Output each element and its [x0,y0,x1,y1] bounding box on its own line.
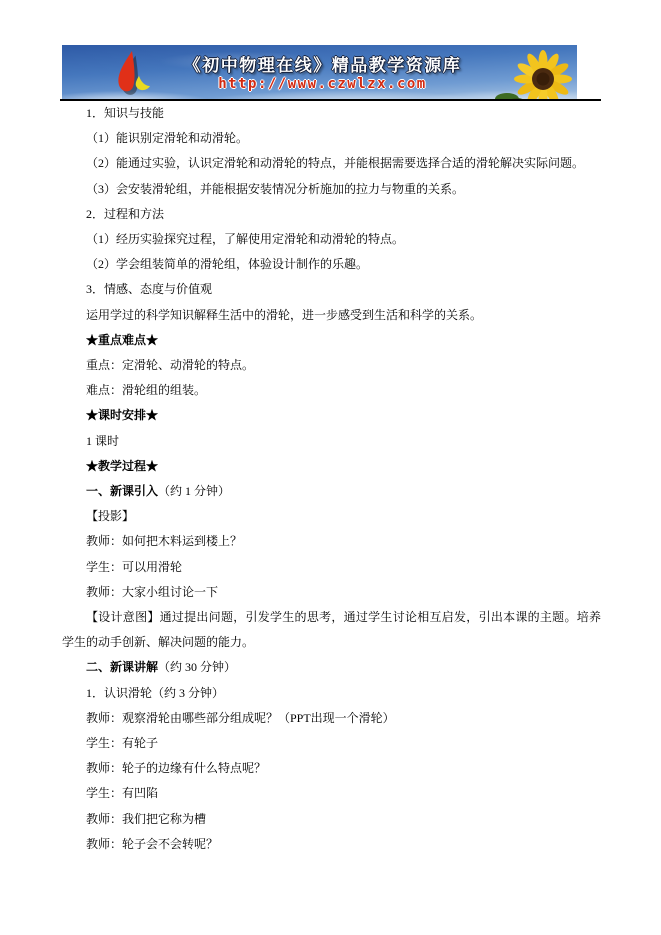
paragraph-text: 学生：有凹陷 [86,786,158,800]
paragraph: 学生：可以用滑轮 [62,555,601,580]
document-body: 1．知识与技能（1）能识别定滑轮和动滑轮。（2）能通过实验，认识定滑轮和动滑轮的… [62,101,601,857]
paragraph: 1 课时 [62,429,601,454]
paragraph: 学生：有凹陷 [62,781,601,806]
paragraph: ★重点难点★ [62,328,601,353]
paragraph: （2）学会组装简单的滑轮组，体验设计制作的乐趣。 [62,252,601,277]
paragraph-text: 1．认识滑轮（约 3 分钟） [86,686,224,700]
paragraph: 一、新课引入（约 1 分钟） [62,479,601,504]
document-page: 《初中物理在线》精品教学资源库 http://www.czwlzx.com [0,0,661,935]
paragraph-text: 重点：定滑轮、动滑轮的特点。 [86,358,254,372]
heading-text: ★教学过程★ [86,459,158,473]
paragraph-text: 学生：可以用滑轮 [86,560,182,574]
paragraph: 教师：轮子会不会转呢？ [62,832,601,857]
paragraph: 3．情感、态度与价值观 [62,277,601,302]
heading-text: ★课时安排★ [86,408,158,422]
paragraph: 1．知识与技能 [62,101,601,126]
banner-text-block: 《初中物理在线》精品教学资源库 http://www.czwlzx.com [154,45,491,99]
paragraph-text: （约 1 分钟） [158,484,230,498]
paragraph-text: 1．知识与技能 [86,106,164,120]
paragraph-text: 运用学过的科学知识解释生活中的滑轮，进一步感受到生活和科学的关系。 [86,308,482,322]
flame-logo-icon [108,49,154,95]
paragraph-text: 2．过程和方法 [86,207,164,221]
paragraph-text: 教师：大家小组讨论一下 [86,585,218,599]
paragraph: 【设计意图】通过提出问题，引发学生的思考，通过学生讨论相互启发，引出本课的主题。… [62,605,601,655]
paragraph-text: 【投影】 [86,509,134,523]
paragraph: 教师：大家小组讨论一下 [62,580,601,605]
paragraph-text: 教师：如何把木料运到楼上？ [86,534,242,548]
paragraph-text: （约 30 分钟） [158,660,236,674]
paragraph-text: （2）学会组装简单的滑轮组，体验设计制作的乐趣。 [86,257,368,271]
paragraph-text: 学生：有轮子 [86,736,158,750]
paragraph: （3）会安装滑轮组，并能根据安装情况分析施加的拉力与物重的关系。 [62,177,601,202]
paragraph: 教师：如何把木料运到楼上？ [62,529,601,554]
paragraph-text: （1）经历实验探究过程，了解使用定滑轮和动滑轮的特点。 [86,232,404,246]
paragraph-text: （1）能识别定滑轮和动滑轮。 [86,131,248,145]
paragraph: 【投影】 [62,504,601,529]
paragraph: 教师：我们把它称为槽 [62,807,601,832]
paragraph: 难点：滑轮组的组装。 [62,378,601,403]
paragraph-text: 教师：我们把它称为槽 [86,812,206,826]
paragraph: 二、新课讲解（约 30 分钟） [62,655,601,680]
paragraph-text: 1 课时 [86,434,119,448]
paragraph: 教师：轮子的边缘有什么特点呢？ [62,756,601,781]
paragraph: 教师：观察滑轮由哪些部分组成呢？（PPT出现一个滑轮） [62,706,601,731]
paragraph: 2．过程和方法 [62,202,601,227]
paragraph: ★教学过程★ [62,454,601,479]
paragraph-text: 3．情感、态度与价值观 [86,282,212,296]
paragraph-text: 教师：观察滑轮由哪些部分组成呢？（PPT出现一个滑轮） [86,711,395,725]
paragraph: 学生：有轮子 [62,731,601,756]
sunflower-icon [495,49,575,99]
logo-container [62,45,154,99]
banner-title: 《初中物理在线》精品教学资源库 [184,56,462,76]
paragraph: （2）能通过实验，认识定滑轮和动滑轮的特点，并能根据需要选择合适的滑轮解决实际问… [62,151,601,176]
heading-text: 二、新课讲解 [86,660,158,674]
paragraph: 重点：定滑轮、动滑轮的特点。 [62,353,601,378]
paragraph: （1）能识别定滑轮和动滑轮。 [62,126,601,151]
paragraph-text: （2）能通过实验，认识定滑轮和动滑轮的特点，并能根据需要选择合适的滑轮解决实际问… [86,156,584,170]
heading-text: 一、新课引入 [86,484,158,498]
paragraph: （1）经历实验探究过程，了解使用定滑轮和动滑轮的特点。 [62,227,601,252]
heading-text: ★重点难点★ [86,333,158,347]
paragraph: 运用学过的科学知识解释生活中的滑轮，进一步感受到生活和科学的关系。 [62,303,601,328]
paragraph-text: 教师：轮子会不会转呢？ [86,837,218,851]
paragraph-text: 教师：轮子的边缘有什么特点呢？ [86,761,266,775]
paragraph-text: 难点：滑轮组的组装。 [86,383,206,397]
paragraph: ★课时安排★ [62,403,601,428]
site-banner: 《初中物理在线》精品教学资源库 http://www.czwlzx.com [62,45,577,99]
banner-url: http://www.czwlzx.com [218,76,427,92]
sunflower-container [491,45,577,99]
paragraph-text: （3）会安装滑轮组，并能根据安装情况分析施加的拉力与物重的关系。 [86,182,464,196]
paragraph: 1．认识滑轮（约 3 分钟） [62,681,601,706]
paragraph-text: 【设计意图】通过提出问题，引发学生的思考，通过学生讨论相互启发，引出本课的主题。… [62,610,601,649]
